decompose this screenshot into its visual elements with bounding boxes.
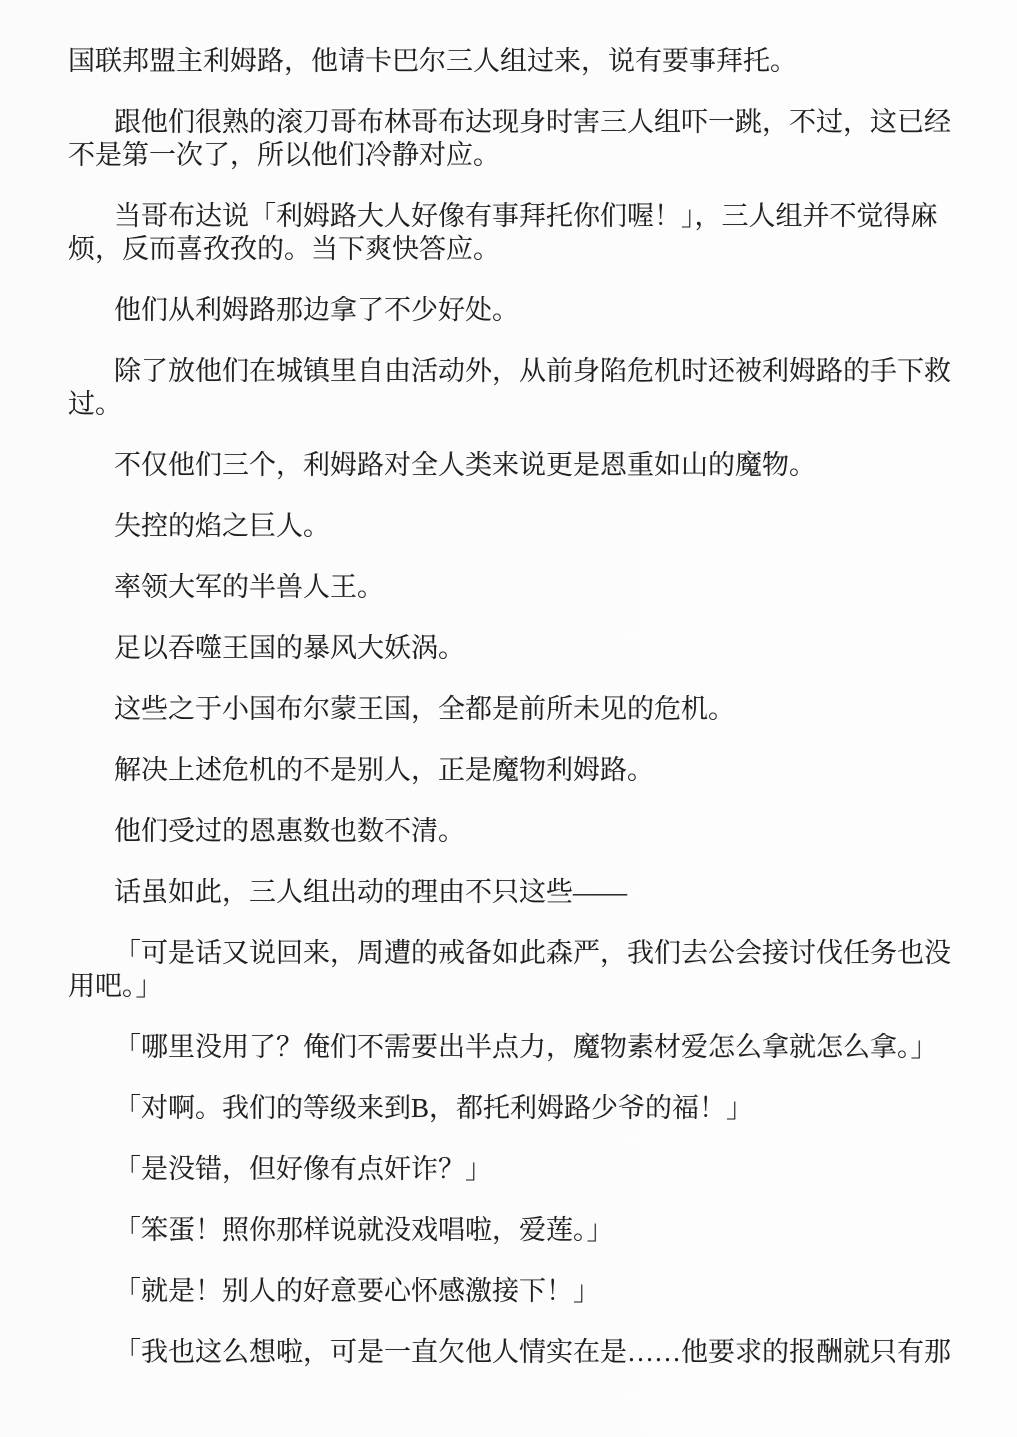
paragraph: 国联邦盟主利姆路，他请卡巴尔三人组过来，说有要事拜托。 <box>68 45 960 78</box>
paragraph: 率领大军的半兽人王。 <box>68 571 960 604</box>
paragraph: 「可是话又说回来，周遭的戒备如此森严，我们去公会接讨伐任务也没用吧。」 <box>68 937 960 1003</box>
paragraph: 他们从利姆路那边拿了不少好处。 <box>68 294 960 327</box>
paragraph: 「就是！别人的好意要心怀感激接下！」 <box>68 1275 960 1308</box>
paragraph: 这些之于小国布尔蒙王国，全都是前所未见的危机。 <box>68 693 960 726</box>
paragraph: 跟他们很熟的滚刀哥布林哥布达现身时害三人组吓一跳，不过，这已经不是第一次了，所以… <box>68 106 960 172</box>
paragraph: 话虽如此，三人组出动的理由不只这些—— <box>68 876 960 909</box>
paragraph: 他们受过的恩惠数也数不清。 <box>68 815 960 848</box>
novel-page: 国联邦盟主利姆路，他请卡巴尔三人组过来，说有要事拜托。跟他们很熟的滚刀哥布林哥布… <box>0 0 1017 1437</box>
paragraph: 「笨蛋！照你那样说就没戏唱啦，爱莲。」 <box>68 1214 960 1247</box>
paragraph: 「哪里没用了？俺们不需要出半点力，魔物素材爱怎么拿就怎么拿。」 <box>68 1031 960 1064</box>
paragraph: 解决上述危机的不是别人，正是魔物利姆路。 <box>68 754 960 787</box>
paragraph: 足以吞噬王国的暴风大妖涡。 <box>68 632 960 665</box>
paragraph: 失控的焰之巨人。 <box>68 510 960 543</box>
text-column: 国联邦盟主利姆路，他请卡巴尔三人组过来，说有要事拜托。跟他们很熟的滚刀哥布林哥布… <box>0 0 1017 1369</box>
paragraph: 「我也这么想啦，可是一直欠他人情实在是……他要求的报酬就只有那 <box>68 1336 960 1369</box>
paragraph: 当哥布达说「利姆路大人好像有事拜托你们喔！」，三人组并不觉得麻烦，反而喜孜孜的。… <box>68 200 960 266</box>
paragraph: 「对啊。我们的等级来到B，都托利姆路少爷的福！」 <box>68 1092 960 1125</box>
paragraph: 不仅他们三个，利姆路对全人类来说更是恩重如山的魔物。 <box>68 449 960 482</box>
paragraph: 「是没错，但好像有点奸诈？」 <box>68 1153 960 1186</box>
paragraph: 除了放他们在城镇里自由活动外，从前身陷危机时还被利姆路的手下救过。 <box>68 355 960 421</box>
